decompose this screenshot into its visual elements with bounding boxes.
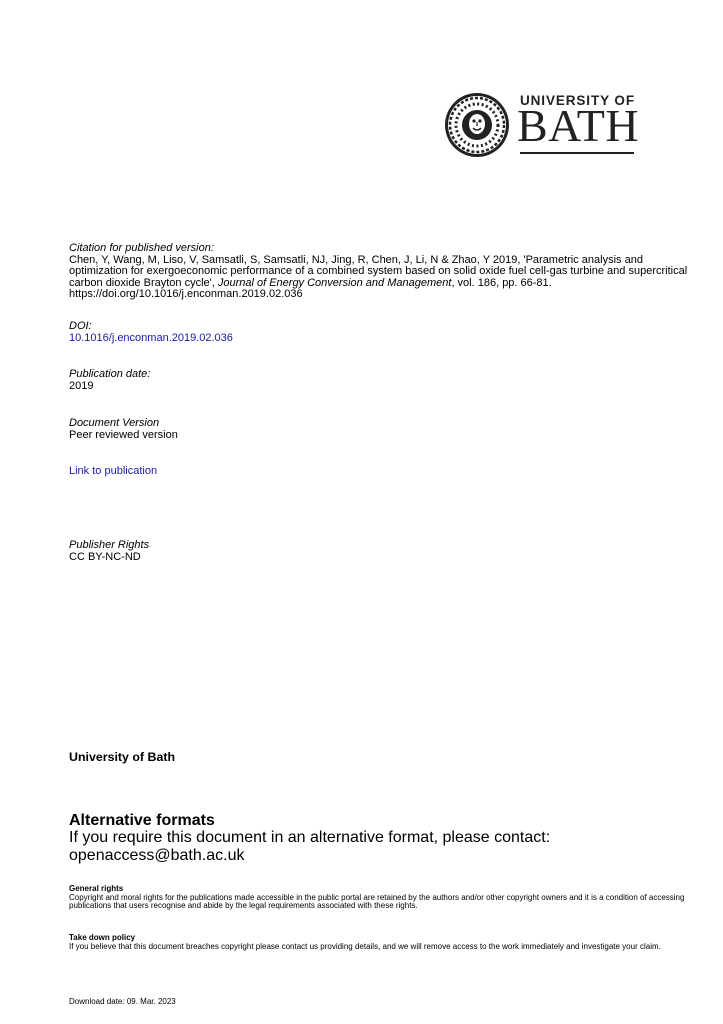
general-rights-text: Copyright and moral rights for the publi… (69, 894, 689, 911)
alternative-formats-text: If you require this document in an alter… (69, 829, 689, 847)
publication-date-section: Publication date: 2019 (69, 369, 689, 392)
publisher-rights-section: Publisher Rights CC BY-NC-ND (69, 540, 689, 563)
logo-underline (520, 152, 634, 154)
university-seal-icon (444, 92, 510, 158)
alternative-formats-section: Alternative formats If you require this … (69, 812, 689, 864)
citation-section: Citation for published version: Chen, Y,… (69, 243, 689, 301)
download-date: Download date: 09. Mar. 2023 (69, 998, 689, 1007)
document-version-label: Document Version (69, 418, 689, 430)
institution-name: University of Bath (69, 752, 689, 764)
publisher-rights-label: Publisher Rights (69, 540, 689, 552)
publication-date-label: Publication date: (69, 369, 689, 381)
document-version-value: Peer reviewed version (69, 430, 689, 442)
citation-journal: Journal of Energy Conversion and Managem… (218, 277, 452, 289)
publication-date-value: 2019 (69, 381, 689, 393)
link-to-publication-section: Link to publication (69, 466, 689, 478)
document-version-section: Document Version Peer reviewed version (69, 418, 689, 441)
doi-link[interactable]: 10.1016/j.enconman.2019.02.036 (69, 332, 233, 344)
alternative-formats-email: openaccess@bath.ac.uk (69, 847, 689, 865)
link-to-publication[interactable]: Link to publication (69, 465, 157, 477)
doi-section: DOI: 10.1016/j.enconman.2019.02.036 (69, 321, 689, 344)
logo-bath-text: BATH (517, 102, 639, 150)
university-of-bath-logo: UNIVERSITY OF BATH (444, 92, 636, 158)
publisher-rights-value: CC BY-NC-ND (69, 552, 689, 564)
take-down-policy-text: If you believe that this document breach… (69, 943, 689, 952)
general-rights-section: General rights Copyright and moral right… (69, 885, 689, 911)
citation-text: Chen, Y, Wang, M, Liso, V, Samsatli, S, … (69, 255, 689, 301)
take-down-policy-section: Take down policy If you believe that thi… (69, 934, 689, 951)
alternative-formats-title: Alternative formats (69, 812, 689, 829)
